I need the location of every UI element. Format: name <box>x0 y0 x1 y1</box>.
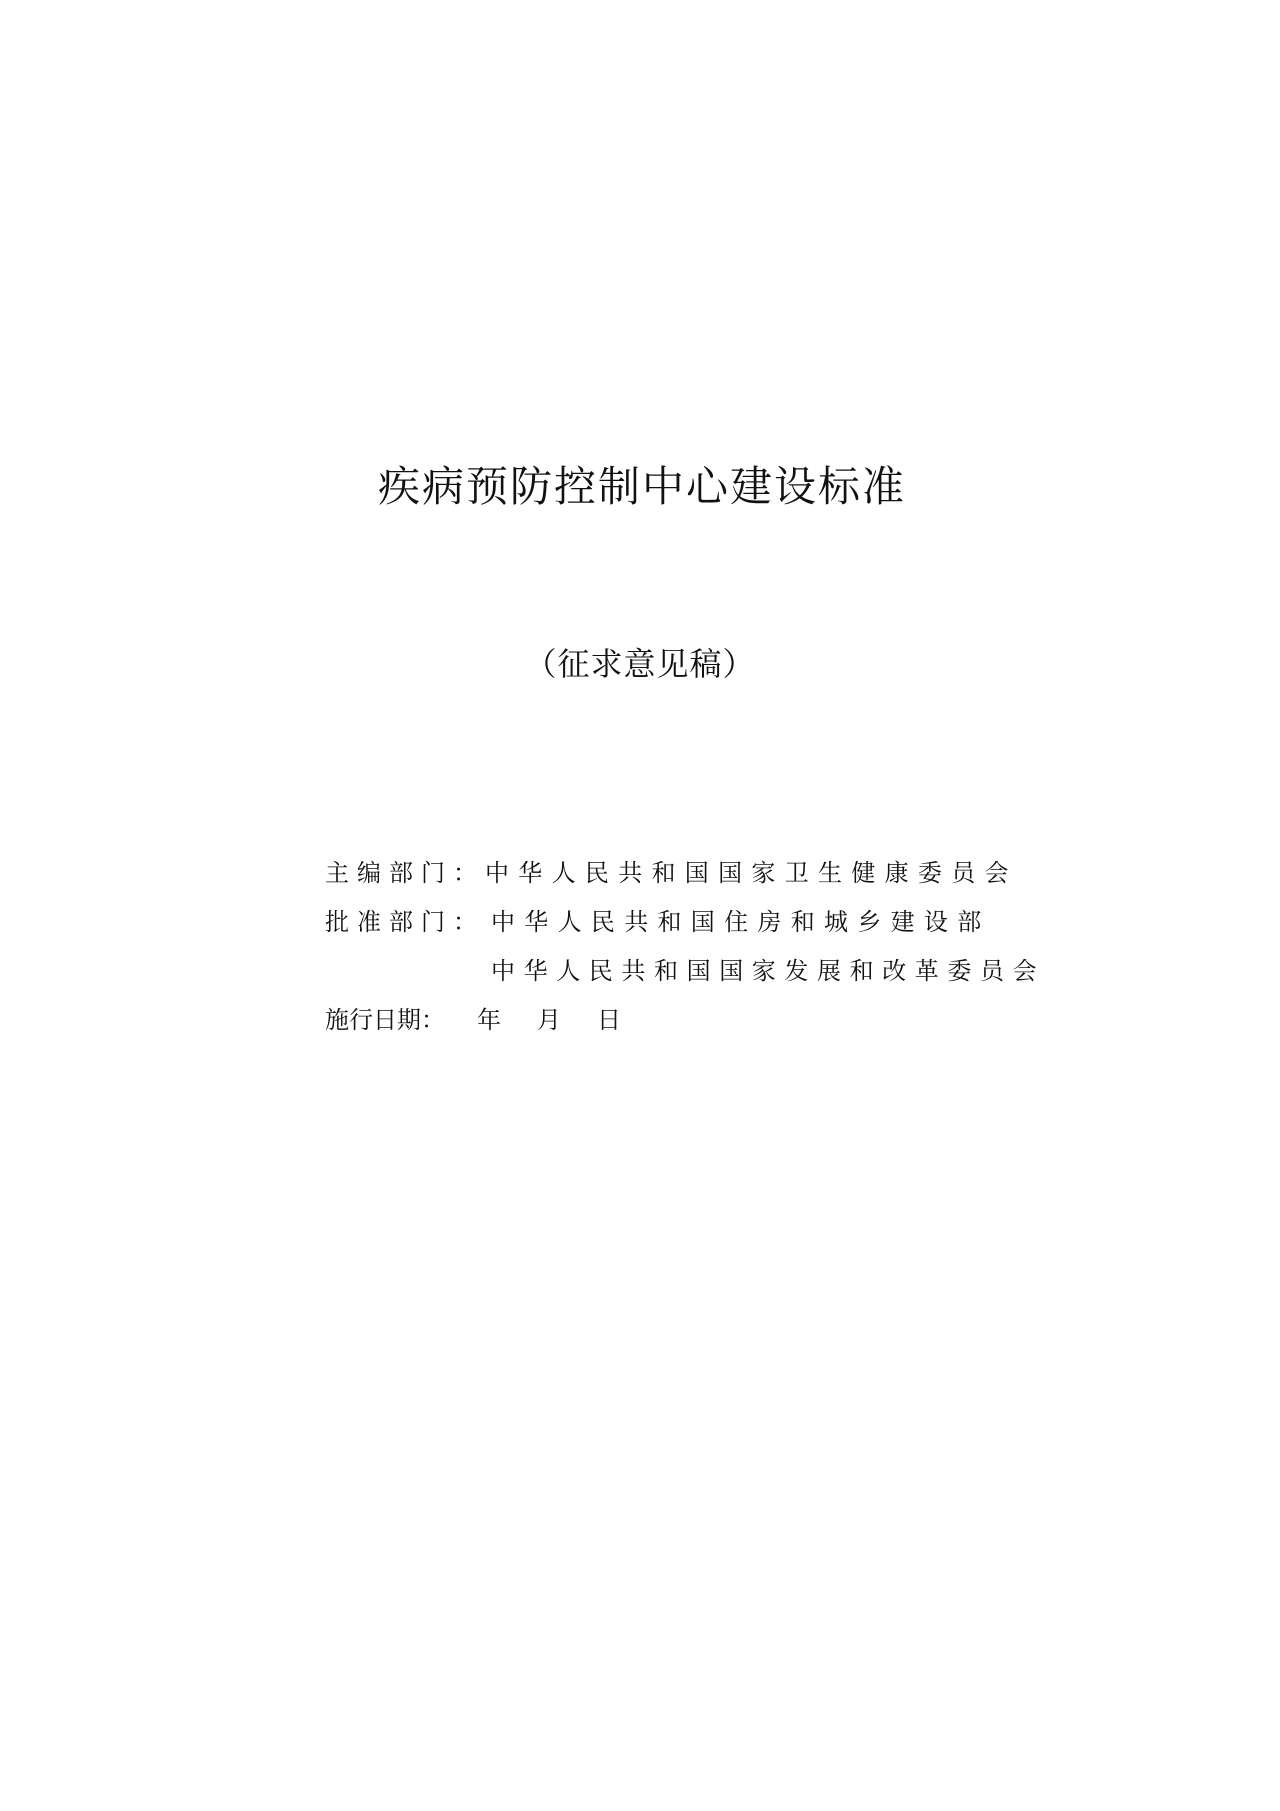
chief-editor-value: 中华人民共和国国家卫生健康委员会 <box>485 853 1018 888</box>
chief-editor-row: 主编部门： 中华人民共和国国家卫生健康委员会 <box>325 846 1005 895</box>
effective-date-day: 日 <box>597 1000 621 1035</box>
chief-editor-label: 主编部门： <box>325 853 485 888</box>
effective-date-year: 年 <box>477 1000 501 1035</box>
effective-date-label: 施行日期： <box>325 1000 477 1035</box>
approver-row-2: 中华人民共和国国家发展和改革委员会 <box>325 944 1005 993</box>
document-title: 疾病预防控制中心建设标准 <box>0 462 1280 512</box>
approver-label: 批准部门： <box>325 902 491 937</box>
effective-date-month: 月 <box>537 1000 561 1035</box>
approver-value-1: 中华人民共和国住房和城乡建设部 <box>491 902 991 937</box>
approver-value-2: 中华人民共和国国家发展和改革委员会 <box>491 951 1045 986</box>
document-info-block: 主编部门： 中华人民共和国国家卫生健康委员会 批准部门： 中华人民共和国住房和城… <box>325 846 1005 1042</box>
approver-row: 批准部门： 中华人民共和国住房和城乡建设部 <box>325 895 1005 944</box>
effective-date-row: 施行日期： 年 月 日 <box>325 993 1005 1042</box>
document-subtitle: （征求意见稿） <box>0 644 1280 684</box>
